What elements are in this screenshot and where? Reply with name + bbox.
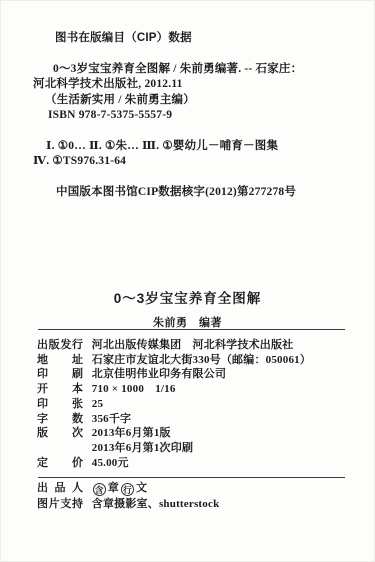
producer-logo: 含章行文 (92, 481, 148, 497)
row-price: 定价 45.00元 (0, 456, 375, 471)
row-producer: 出品人 含章行文 (0, 481, 375, 497)
cip-line-class-number: Ⅳ. ①TS976.31-64 (0, 154, 375, 169)
cip-line-publisher: 河北科学技术出版社, 2012.11 (0, 77, 375, 92)
row-label: 版次 (37, 426, 83, 441)
row-label: 定价 (37, 456, 83, 471)
divider-top (38, 329, 345, 330)
title-block: 0～3岁宝宝养育全图解 朱前勇 编著 (0, 287, 375, 330)
row-label: 图片支持 (37, 497, 83, 513)
cip-block: 图书在版编目（CIP）数据 0～3岁宝宝养育全图解 / 朱前勇编著. -- 石家… (0, 31, 375, 200)
row-word-count: 字数 356千字 (0, 412, 375, 427)
cip-record-number: 中国版本图书馆CIP数据核字(2012)第277278号 (0, 185, 375, 200)
row-label: 印刷 (37, 367, 83, 382)
row-label: 印张 (37, 397, 83, 412)
row-label: 地址 (37, 353, 83, 368)
credits-section: 出品人 含章行文 图片支持 含章摄影室、shutterstock (0, 481, 375, 512)
row-label: 出版发行 (37, 338, 83, 353)
row-value: 石家庄市友谊北大街330号（邮编：050061） (92, 353, 311, 368)
divider-bottom (38, 477, 345, 478)
seal-char: 含 (93, 483, 106, 496)
row-value: 北京佳明伟业印务有限公司 (92, 367, 226, 382)
row-edition: 版次 2013年6月第1版 (0, 426, 375, 441)
row-label: 字数 (37, 412, 83, 427)
seal-char: 行 (121, 483, 134, 496)
row-label: 出品人 (37, 481, 83, 497)
row-value: 356千字 (92, 412, 132, 427)
row-value: 含章摄影室、shutterstock (92, 497, 220, 513)
row-address: 地址 石家庄市友谊北大街330号（邮编：050061） (0, 353, 375, 368)
cip-header: 图书在版编目（CIP）数据 (0, 31, 375, 46)
row-publisher: 出版发行 河北出版传媒集团 河北科学技术出版社 (0, 338, 375, 353)
book-copyright-page: 图书在版编目（CIP）数据 0～3岁宝宝养育全图解 / 朱前勇编著. -- 石家… (0, 0, 375, 562)
row-value: 25 (92, 397, 103, 412)
colophon-table: 出版发行 河北出版传媒集团 河北科学技术出版社 地址 石家庄市友谊北大街330号… (0, 338, 375, 470)
book-title: 0～3岁宝宝养育全图解 (0, 287, 375, 307)
cip-line-isbn: ISBN 978-7-5375-5557-9 (0, 108, 375, 123)
cip-line-title: 0～3岁宝宝养育全图解 / 朱前勇编著. -- 石家庄： (0, 62, 375, 77)
row-label: 开本 (37, 382, 83, 397)
row-value: 45.00元 (92, 456, 129, 471)
cip-line-series: （生活新实用 / 朱前勇主编） (0, 93, 375, 108)
book-author: 朱前勇 编著 (0, 314, 375, 330)
row-format: 开本 710 × 1000 1/16 (0, 382, 375, 397)
row-value: 2013年6月第1版 (92, 426, 171, 441)
row-sheets: 印张 25 (0, 397, 375, 412)
row-value: 710 × 1000 1/16 (92, 382, 176, 397)
row-value: 河北出版传媒集团 河北科学技术出版社 (92, 338, 294, 353)
row-image-support: 图片支持 含章摄影室、shutterstock (0, 497, 375, 513)
row-printer: 印刷 北京佳明伟业印务有限公司 (0, 367, 375, 382)
cip-line-classification: Ⅰ. ①0… Ⅱ. ①朱… Ⅲ. ①婴幼儿－哺育－图集 (0, 139, 375, 154)
row-printing: 2013年6月第1次印刷 (0, 441, 375, 456)
row-value: 2013年6月第1次印刷 (92, 441, 193, 456)
